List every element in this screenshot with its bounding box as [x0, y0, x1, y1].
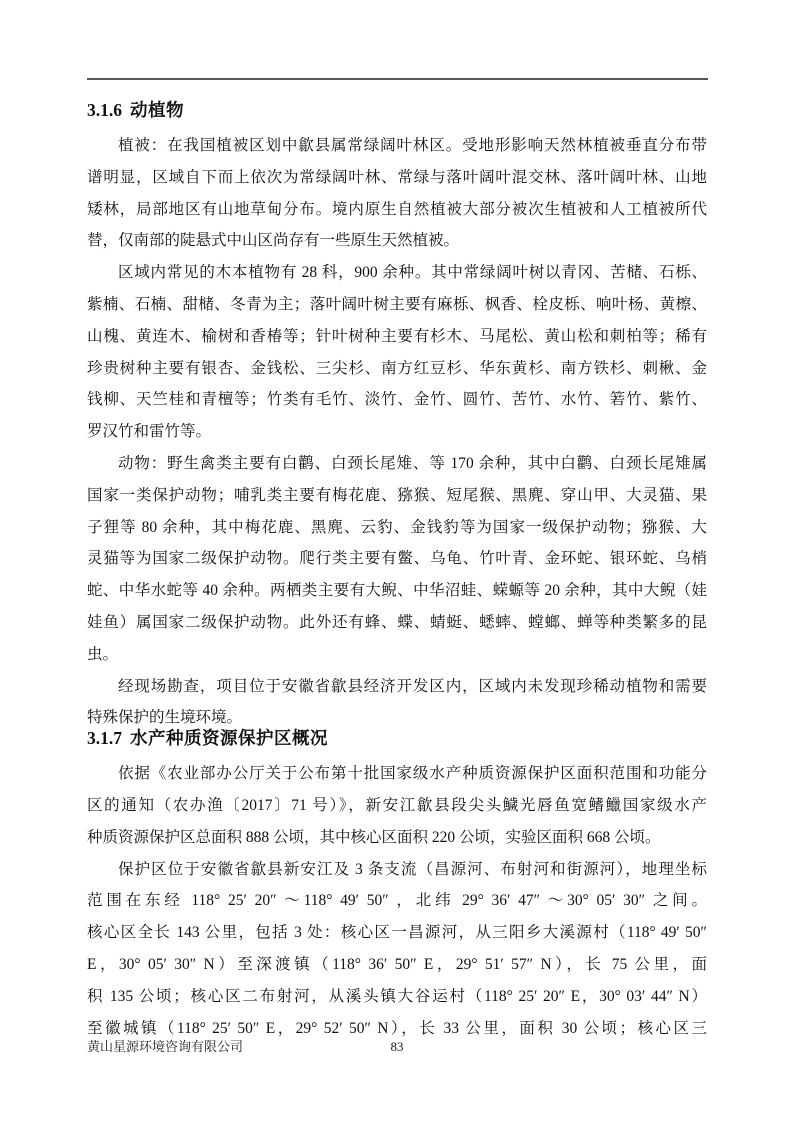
paragraph-line: 国家一类保护动物；哺乳类主要有梅花鹿、猕猴、短尾猴、黑麂、穿山甲、大灵猫、果: [87, 480, 707, 512]
paragraph-line: 罗汉竹和雷竹等。: [87, 416, 707, 448]
footer-company: 黄山星源环境咨询有限公司: [87, 1038, 243, 1056]
document-page: 3.1.6动植物植被：在我国植被区划中歙县属常绿阔叶林区。受地形影响天然林植被垂…: [0, 0, 793, 1122]
paragraph-line: 钱柳、天竺桂和青檀等；竹类有毛竹、淡竹、金竹、圆竹、苦竹、水竹、箬竹、紫竹、: [87, 384, 707, 416]
paragraph-line: 娃鱼）属国家二级保护动物。此外还有蜂、蝶、蜻蜓、蟋蟀、螳螂、蝉等种类繁多的昆: [87, 607, 707, 639]
paragraph-line: 区的通知（农办渔〔2017〕71 号）》，新安江歙县段尖头鱥光唇鱼宽鳍鱲国家级水…: [87, 790, 707, 822]
paragraph: 区域内常见的木本植物有 28 科，900 余种。其中常绿阔叶树以青冈、苦槠、石栎…: [87, 257, 707, 448]
paragraph-line: 核心区全长 143 公里，包括 3 处：核心区一昌源河，从三阳乡大溪源村（118…: [87, 917, 707, 949]
paragraph: 依据《农业部办公厅关于公布第十批国家级水产种质资源保护区面积范围和功能分区的通知…: [87, 758, 707, 853]
heading-number: 3.1.6: [87, 100, 122, 120]
paragraph: 动物：野生禽类主要有白鹳、白颈长尾雉、等 170 余种，其中白鹳、白颈长尾雉属国…: [87, 448, 707, 671]
section-heading: 3.1.7水产种质资源保护区概况: [87, 724, 707, 752]
paragraph-line: 珍贵树种主要有银杏、金钱松、三尖杉、南方红豆杉、华东黄杉、南方铁杉、刺楸、金: [87, 353, 707, 385]
paragraph-line: 经现场勘查，项目位于安徽省歙县经济开发区内，区域内未发现珍稀动植物和需要: [87, 671, 707, 703]
heading-title: 动植物: [130, 100, 184, 120]
document-content: 3.1.6动植物植被：在我国植被区划中歙县属常绿阔叶林区。受地形影响天然林植被垂…: [87, 96, 707, 1044]
paragraph-line: 山槐、黄连木、榆树和香椿等；针叶树种主要有杉木、马尾松、黄山松和刺柏等；稀有: [87, 321, 707, 353]
paragraph-line: 替，仅南部的陡悬式中山区尚存有一些原生天然植被。: [87, 225, 707, 257]
paragraph-line: 虫。: [87, 639, 707, 671]
header-rule: [87, 78, 708, 80]
paragraph-line: 子狸等 80 余种，其中梅花鹿、黑麂、云豹、金钱豹等为国家一级保护动物；猕猴、大: [87, 512, 707, 544]
section-heading: 3.1.6动植物: [87, 96, 707, 124]
paragraph: 植被：在我国植被区划中歙县属常绿阔叶林区。受地形影响天然林植被垂直分布带谱明显，…: [87, 130, 707, 257]
paragraph-line: 动物：野生禽类主要有白鹳、白颈长尾雉、等 170 余种，其中白鹳、白颈长尾雉属: [87, 448, 707, 480]
paragraph-line: 保护区位于安徽省歙县新安江及 3 条支流（昌源河、布射河和街源河），地理坐标: [87, 854, 707, 886]
heading-number: 3.1.7: [87, 728, 122, 748]
paragraph-line: 灵猫等为国家二级保护动物。爬行类主要有鳖、乌龟、竹叶青、金环蛇、银环蛇、乌梢: [87, 543, 707, 575]
paragraph-line: 紫楠、石楠、甜槠、冬青为主；落叶阔叶树主要有麻栎、枫香、栓皮栎、响叶杨、黄檫、: [87, 289, 707, 321]
paragraph-line: 区域内常见的木本植物有 28 科，900 余种。其中常绿阔叶树以青冈、苦槠、石栎…: [87, 257, 707, 289]
paragraph-line: 谱明显，区域自下而上依次为常绿阔叶林、常绿与落叶阔叶混交林、落叶阔叶林、山地: [87, 162, 707, 194]
paragraph: 保护区位于安徽省歙县新安江及 3 条支流（昌源河、布射河和街源河），地理坐标范围…: [87, 854, 707, 1045]
heading-title: 水产种质资源保护区概况: [130, 728, 328, 748]
paragraph-line: E，30° 05′ 30″ N）至深渡镇（118° 36′ 50″ E，29° …: [87, 949, 707, 981]
paragraph-line: 依据《农业部办公厅关于公布第十批国家级水产种质资源保护区面积范围和功能分: [87, 758, 707, 790]
paragraph-line: 蛇、中华水蛇等 40 余种。两栖类主要有大鲵、中华沼蛙、蝾螈等 20 余种，其中…: [87, 575, 707, 607]
paragraph-line: 积 135 公顷；核心区二布射河，从溪头镇大谷运村（118° 25′ 20″ E…: [87, 981, 707, 1013]
page-footer: 黄山星源环境咨询有限公司 83: [87, 1038, 707, 1056]
paragraph-line: 矮林，局部地区有山地草甸分布。境内原生自然植被大部分被次生植被和人工植被所代: [87, 194, 707, 226]
paragraph-line: 植被：在我国植被区划中歙县属常绿阔叶林区。受地形影响天然林植被垂直分布带: [87, 130, 707, 162]
paragraph-line: 种质资源保护区总面积 888 公顷，其中核心区面积 220 公顷，实验区面积 6…: [87, 822, 707, 854]
paragraph-line: 范围在东经 118° 25′ 20″ ～118° 49′ 50″ ，北纬 29°…: [87, 885, 707, 917]
